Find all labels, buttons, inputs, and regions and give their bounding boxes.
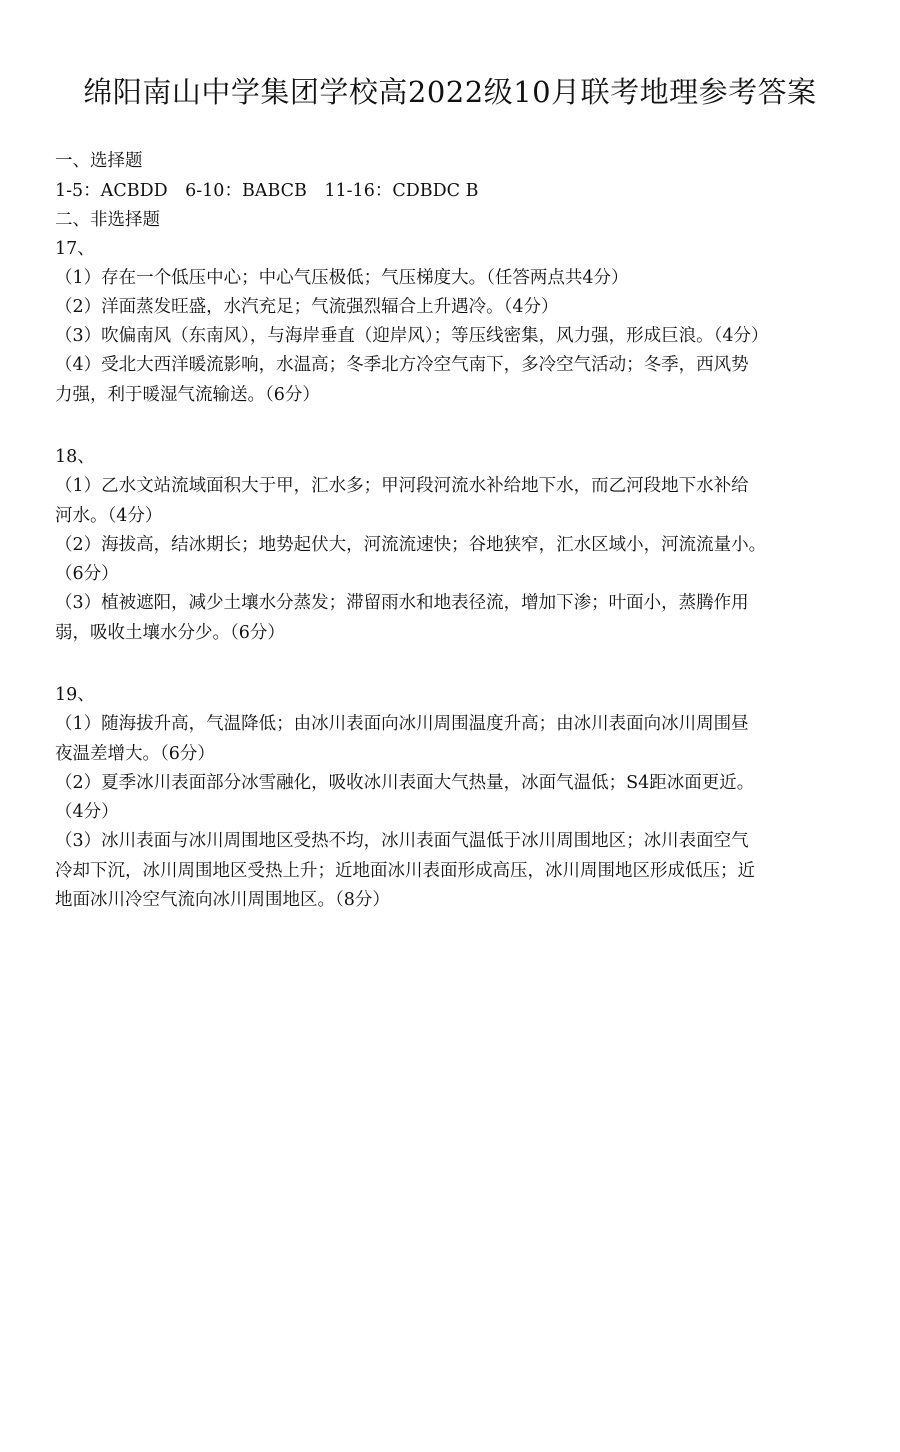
q19-line: （3）冰川表面与冰川周围地区受热不均，冰川表面气温低于冰川周围地区；冰川表面空气 <box>55 830 749 852</box>
q19-line: 地面冰川冷空气流向冰川周围地区。（8分） <box>55 889 390 911</box>
q18-number: 18、 <box>55 446 95 468</box>
q19-line: （1）随海拔升高，气温降低；由冰川表面向冰川周围温度升高；由冰川表面向冰川周围昼 <box>55 713 749 735</box>
q18-line: 弱，吸收土壤水分少。（6分） <box>55 622 285 644</box>
section2-heading: 二、非选择题 <box>55 209 160 231</box>
q19-line: （4分） <box>55 801 119 823</box>
q18-line: （1）乙水文站流域面积大于甲，汇水多；甲河段河流水补给地下水，而乙河段地下水补给 <box>55 475 749 497</box>
q18-line: （3）植被遮阳，减少土壤水分蒸发；滞留雨水和地表径流，增加下渗；叶面小，蒸腾作用 <box>55 592 749 614</box>
q17-line: （3）吹偏南风（东南风），与海岸垂直（迎岸风）；等压线密集，风力强，形成巨浪。（… <box>55 325 769 347</box>
q18-line: 河水。（4分） <box>55 505 162 527</box>
choice-answers: 1-5：ACBDD 6-10：BABCB 11-16：CDBDC B <box>55 180 478 202</box>
q19-number: 19、 <box>55 684 95 706</box>
q17-number: 17、 <box>55 238 95 260</box>
q18-line: （6分） <box>55 563 119 585</box>
q19-line: （2）夏季冰川表面部分冰雪融化，吸收冰川表面大气热量，冰面气温低；S4距冰面更近… <box>55 772 754 794</box>
document-title: 绵阳南山中学集团学校高2022级10月联考地理参考答案 <box>0 70 900 111</box>
q19-line: 夜温差增大。（6分） <box>55 743 215 765</box>
q17-line: （4）受北大西洋暖流影响，水温高；冬季北方冷空气南下，多冷空气活动；冬季，西风势 <box>55 354 749 376</box>
section1-heading: 一、选择题 <box>55 150 143 172</box>
q18-line: （2）海拔高，结冰期长；地势起伏大，河流流速快；谷地狭窄，汇水区域小，河流流量小… <box>55 534 766 556</box>
q19-line: 冷却下沉，冰川周围地区受热上升；近地面冰川表面形成高压，冰川周围地区形成低压；近 <box>55 860 755 882</box>
q17-line: 力强，利于暖湿气流输送。（6分） <box>55 384 320 406</box>
q17-line: （1）存在一个低压中心；中心气压极低；气压梯度大。（任答两点共4分） <box>55 267 629 289</box>
q17-line: （2）洋面蒸发旺盛，水汽充足；气流强烈辐合上升遇冷。（4分） <box>55 296 559 318</box>
